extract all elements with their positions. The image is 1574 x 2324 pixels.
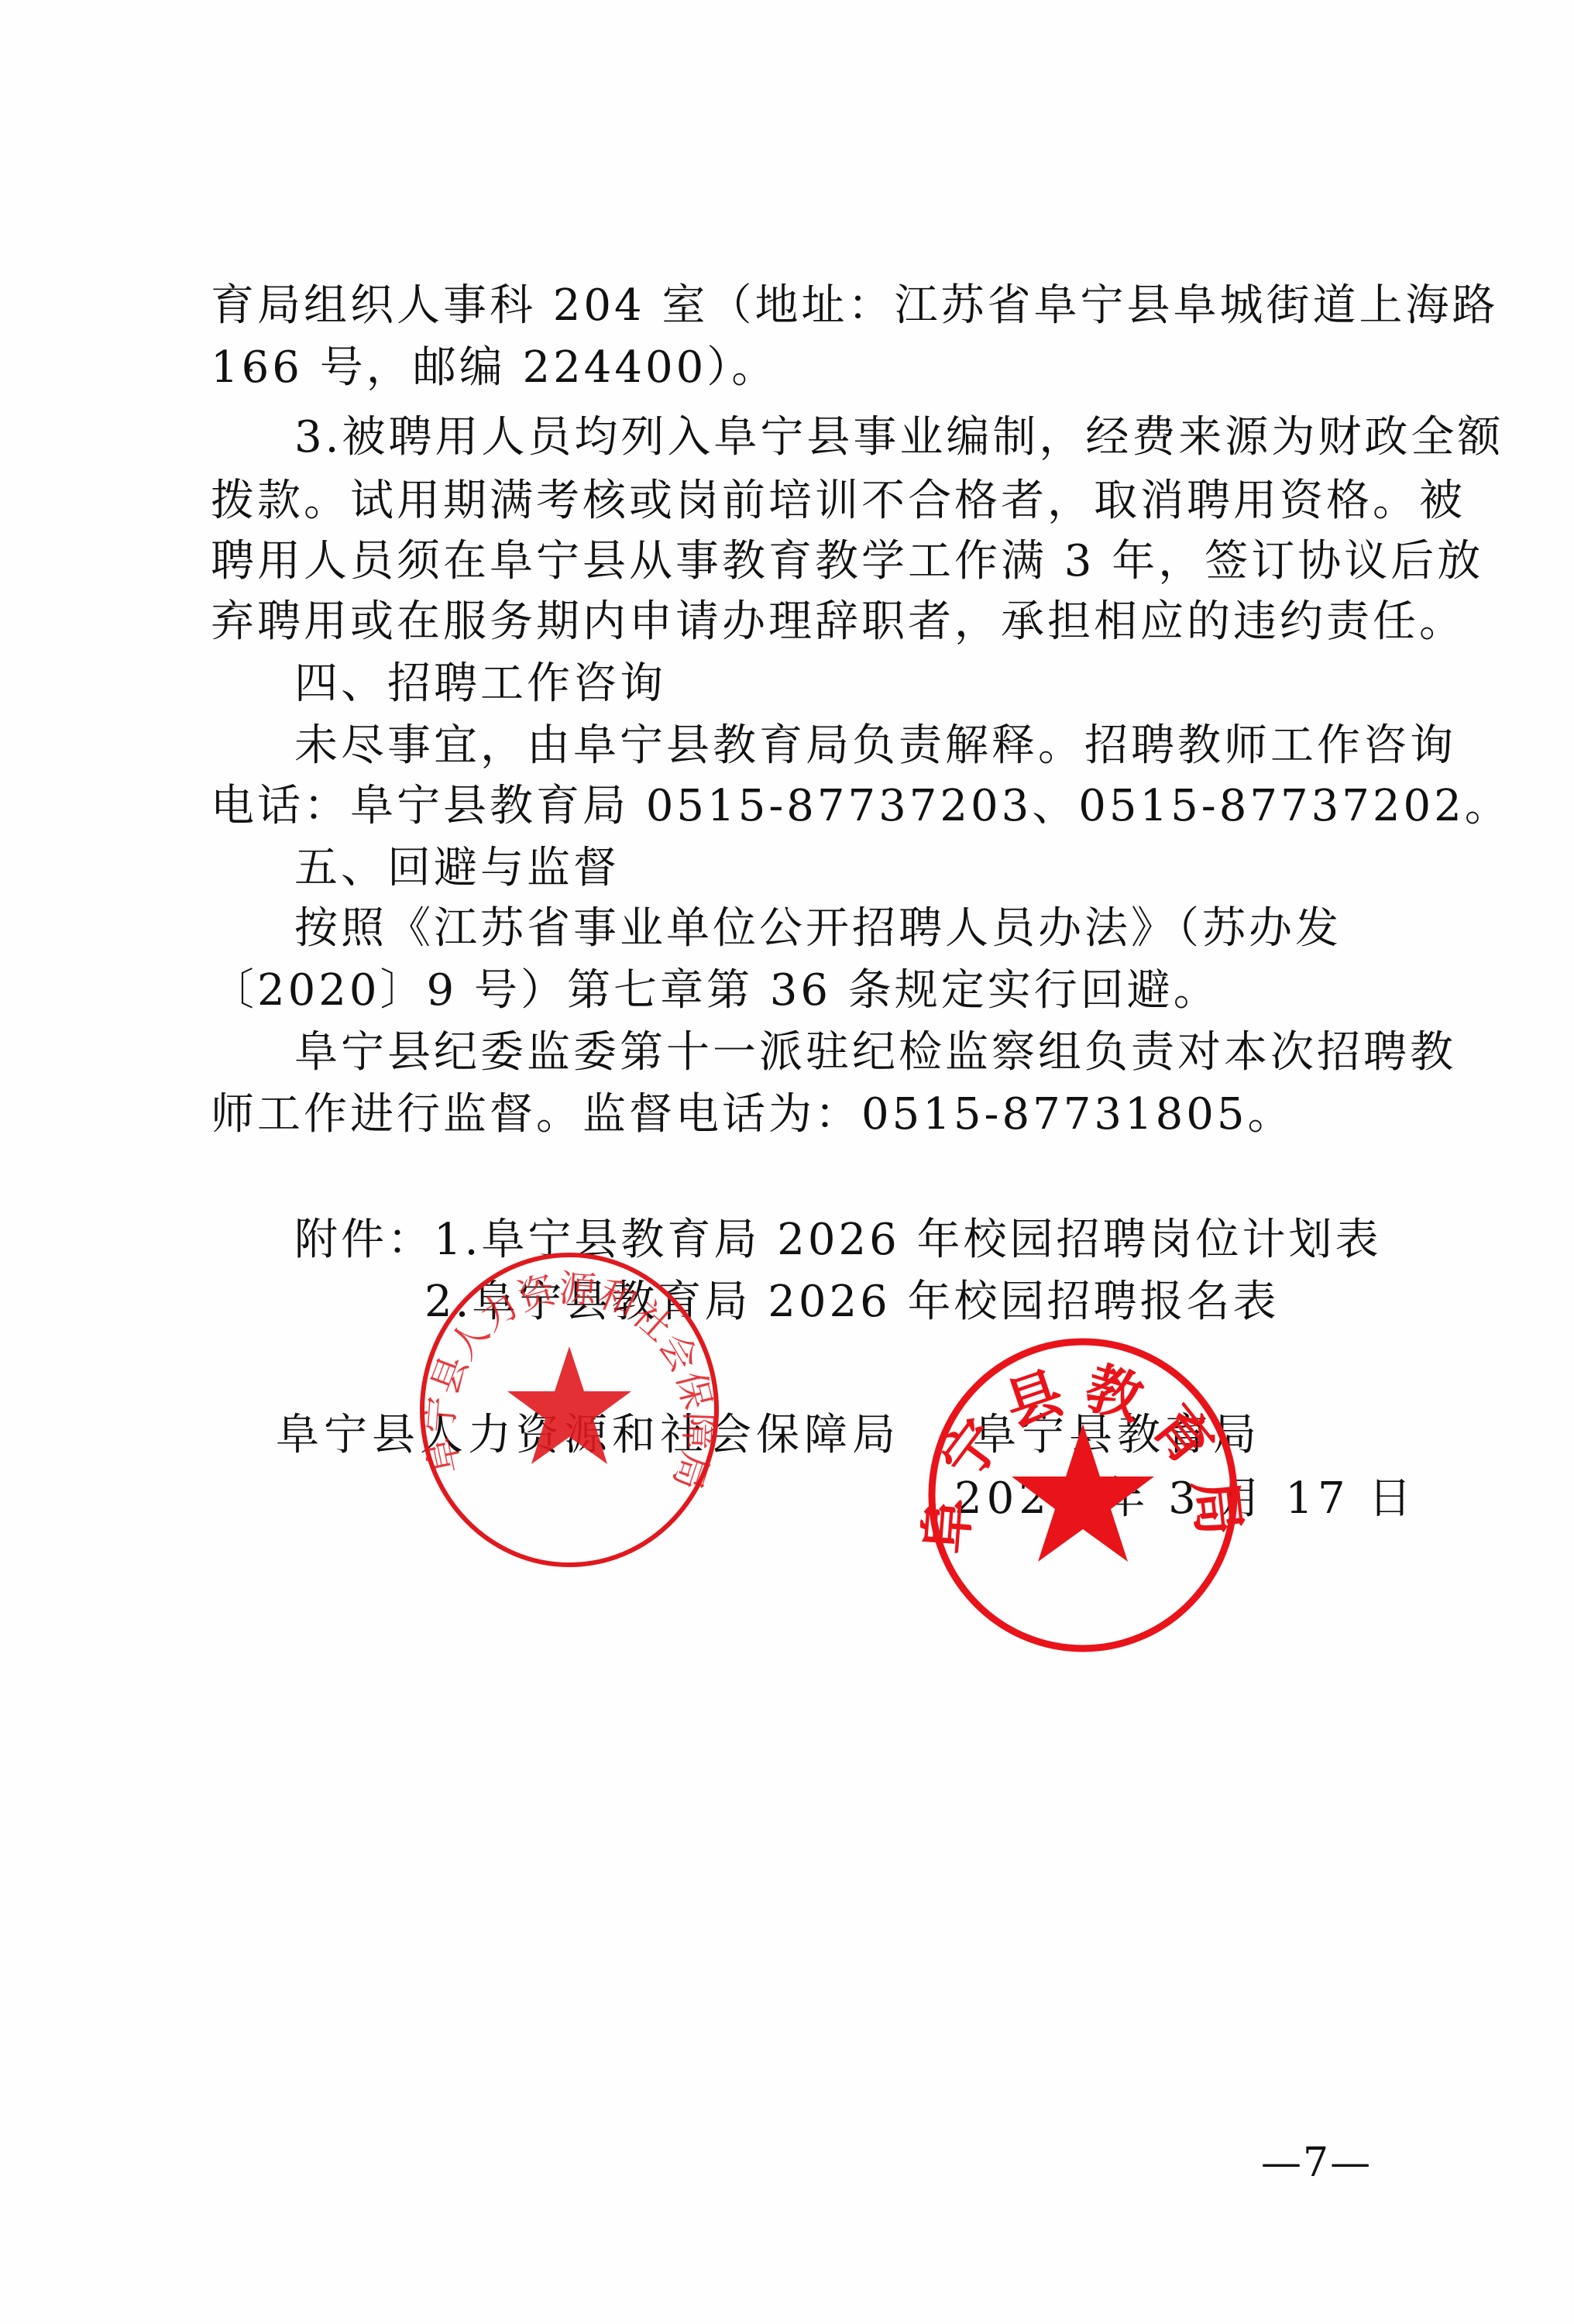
attachments-block: 附件：1.阜宁县教育局 2026 年校园招聘岗位计划表 bbox=[294, 1213, 1382, 1267]
body-line-6: 弃聘用或在服务期内申请办理辞职者，承担相应的违约责任。 bbox=[211, 595, 1466, 649]
page-number: —7— bbox=[1261, 2140, 1372, 2186]
attachments-label: 附件： bbox=[294, 1215, 434, 1265]
signature-hr-bureau: 阜宁县人力资源和社会保障局 bbox=[276, 1408, 900, 1463]
body-line-5: 聘用人员须在阜宁县从事教育教学工作满 3 年，签订协议后放 bbox=[211, 535, 1483, 589]
document-page: 育局组织人事科 204 室（地址：江苏省阜宁县阜城街道上海路 166 号，邮编 … bbox=[0, 0, 1574, 2324]
section-4-line-1: 未尽事宜，由阜宁县教育局负责解释。招聘教师工作咨询 bbox=[294, 719, 1456, 773]
attachment-item-1: 1.阜宁县教育局 2026 年校园招聘岗位计划表 bbox=[434, 1215, 1382, 1265]
body-line-3: 3.被聘用人员均列入阜宁县事业编制，经费来源为财政全额 bbox=[294, 411, 1504, 465]
section-5-line-2: 〔2020〕9 号）第七章第 36 条规定实行回避。 bbox=[211, 964, 1220, 1018]
scan-speck bbox=[249, 369, 253, 372]
signature-education-bureau: 阜宁县教育局 bbox=[973, 1408, 1261, 1463]
section-4-heading: 四、招聘工作咨询 bbox=[294, 657, 666, 711]
body-line-4: 拨款。试用期满考核或岗前培训不合格者，取消聘用资格。被 bbox=[211, 474, 1466, 528]
attachment-item-2: 2.阜宁县教育局 2026 年校园招聘报名表 bbox=[424, 1275, 1280, 1329]
section-5-heading: 五、回避与监督 bbox=[294, 841, 620, 896]
section-5-line-1: 按照《江苏省事业单位公开招聘人员办法》（苏办发 bbox=[294, 902, 1342, 956]
section-4-line-2: 电话：阜宁县教育局 0515-87737203、0515-87737202。 bbox=[211, 779, 1511, 834]
body-line-2: 166 号，邮编 224400）。 bbox=[211, 341, 778, 395]
signature-date: 2026 年 3 月 17 日 bbox=[954, 1472, 1416, 1526]
section-5-line-3: 阜宁县纪委监委第十一派驻纪检监察组负责对本次招聘教 bbox=[294, 1026, 1456, 1080]
section-5-line-4: 师工作进行监督。监督电话为：0515-87731805。 bbox=[211, 1088, 1294, 1142]
body-line-1: 育局组织人事科 204 室（地址：江苏省阜宁县阜城街道上海路 bbox=[211, 279, 1499, 333]
